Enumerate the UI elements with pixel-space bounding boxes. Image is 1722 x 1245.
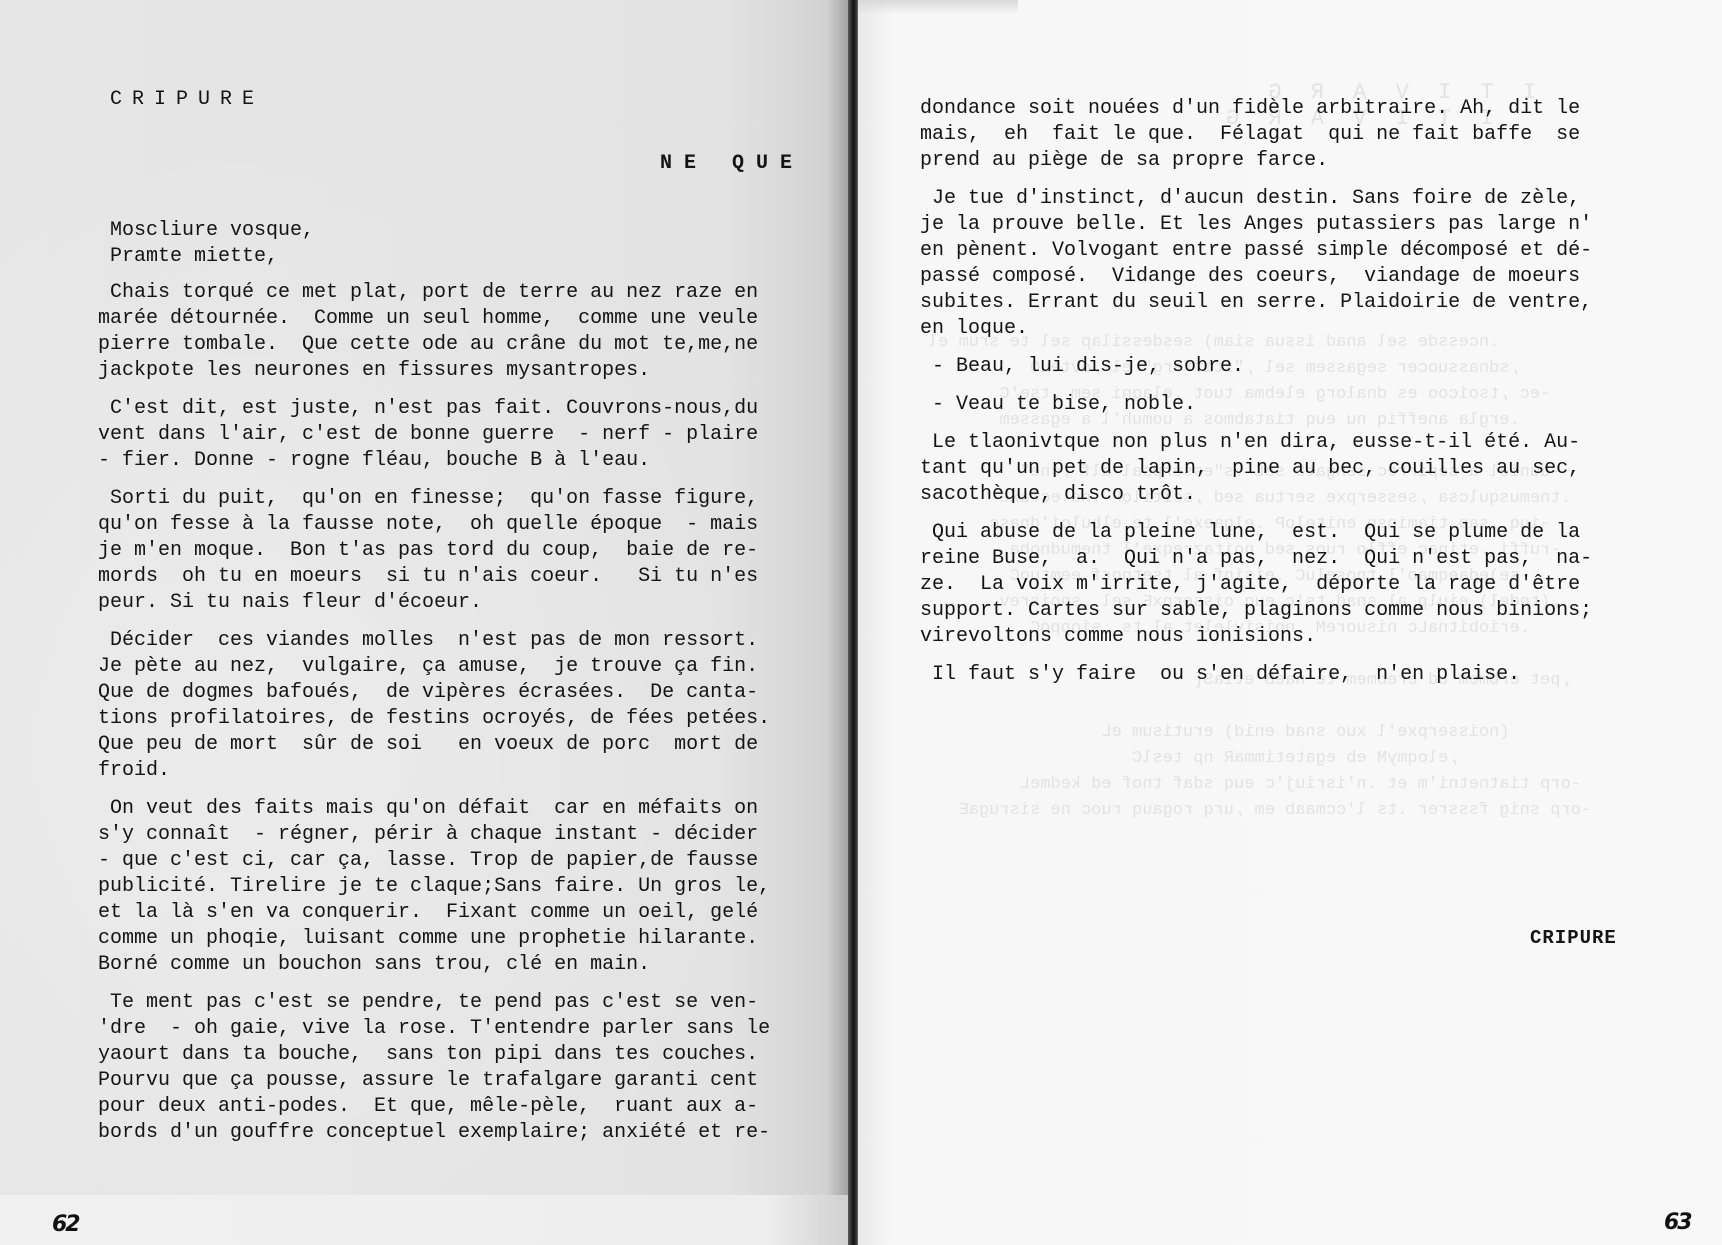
text-line: Que peu de mort sûr de soi en voeux de p… xyxy=(98,732,770,758)
left-page: CRIPURE NE QUE Moscliure vosque, Pramte … xyxy=(0,0,852,1245)
paragraph: - Beau, lui dis-je, sobre. xyxy=(920,354,1592,380)
author-signature: CRIPURE xyxy=(1530,927,1617,949)
text-line: Sorti du puit, qu'on en finesse; qu'on f… xyxy=(98,486,770,512)
text-line: peur. Si tu nais fleur d'écoeur. xyxy=(98,590,770,616)
paragraph: Il faut s'y faire ou s'en défaire, n'en … xyxy=(920,662,1592,688)
page-number-right: 63 xyxy=(1664,1210,1691,1235)
text-line: passé composé. Vidange des coeurs, viand… xyxy=(920,264,1592,290)
text-line: jackpote les neurones en fissures mysant… xyxy=(98,358,770,384)
paragraph: Sorti du puit, qu'on en finesse; qu'on f… xyxy=(98,486,770,616)
text-line: subites. Errant du seuil en serre. Plaid… xyxy=(920,290,1592,316)
text-line: mais, eh fait le que. Félagat qui ne fai… xyxy=(920,122,1592,148)
text-line: Le tlaonivtque non plus n'en dira, eusse… xyxy=(920,430,1592,456)
text-line: s'y connaît - régner, périr à chaque ins… xyxy=(98,822,770,848)
salutation-line: Pramte miette, xyxy=(110,244,314,270)
text-line: bords d'un gouffre conceptuel exemplaire… xyxy=(98,1120,770,1146)
text-line: marée détournée. Comme un seul homme, co… xyxy=(98,306,770,332)
text-line: mords oh tu en moeurs si tu n'ais coeur.… xyxy=(98,564,770,590)
text-line: vent dans l'air, c'est de bonne guerre -… xyxy=(98,422,770,448)
text-line: qu'on fesse à la fausse note, oh quelle … xyxy=(98,512,770,538)
right-page: I T I V A R G I T I V A R G .ncessde sel… xyxy=(858,0,1722,1245)
text-line: Je tue d'instinct, d'aucun destin. Sans … xyxy=(920,186,1592,212)
text-line: en pènent. Volvogant entre passé simple … xyxy=(920,238,1592,264)
paragraph: Je tue d'instinct, d'aucun destin. Sans … xyxy=(920,186,1592,342)
paragraph: Te ment pas c'est se pendre, te pend pas… xyxy=(98,990,770,1146)
salutation-line: Moscliure vosque, xyxy=(110,218,314,244)
text-line: Il faut s'y faire ou s'en défaire, n'en … xyxy=(920,662,1592,688)
page-number-left: 62 xyxy=(52,1212,79,1237)
paragraph: C'est dit, est juste, n'est pas fait. Co… xyxy=(98,396,770,474)
text-line: - que c'est ci, car ça, lasse. Trop de p… xyxy=(98,848,770,874)
paragraph: Décider ces viandes molles n'est pas de … xyxy=(98,628,770,784)
text-line: Décider ces viandes molles n'est pas de … xyxy=(98,628,770,654)
text-line: - Veau te bise, noble. xyxy=(920,392,1592,418)
text-line: comme un phoqie, luisant comme une proph… xyxy=(98,926,770,952)
text-line: - Beau, lui dis-je, sobre. xyxy=(920,354,1592,380)
right-body-text: dondance soit nouées d'un fidèle arbitra… xyxy=(920,96,1592,700)
paragraph: Qui abuse de la pleine lune, est. Qui se… xyxy=(920,520,1592,650)
text-line: yaourt dans ta bouche, sans ton pipi dan… xyxy=(98,1042,770,1068)
text-line: Chais torqué ce met plat, port de terre … xyxy=(98,280,770,306)
paragraph: Chais torqué ce met plat, port de terre … xyxy=(98,280,770,384)
text-line: sacothèque, disco trôt. xyxy=(920,482,1592,508)
text-line: Borné comme un bouchon sans trou, clé en… xyxy=(98,952,770,978)
text-line: Que de dogmes bafoués, de vipères écrasé… xyxy=(98,680,770,706)
text-line: je la prouve belle. Et les Anges putassi… xyxy=(920,212,1592,238)
text-line: tions profilatoires, de festins ocroyés,… xyxy=(98,706,770,732)
text-line: dondance soit nouées d'un fidèle arbitra… xyxy=(920,96,1592,122)
text-line: prend au piège de sa propre farce. xyxy=(920,148,1592,174)
paragraph: On veut des faits mais qu'on défait car … xyxy=(98,796,770,978)
text-line: reine Buse, a. Qui n'a pas, nez. Qui n'e… xyxy=(920,546,1592,572)
text-line: Pourvu que ça pousse, assure le trafalga… xyxy=(98,1068,770,1094)
text-line: C'est dit, est juste, n'est pas fait. Co… xyxy=(98,396,770,422)
text-line: publicité. Tirelire je te claque;Sans fa… xyxy=(98,874,770,900)
text-line: je m'en moque. Bon t'as pas tord du coup… xyxy=(98,538,770,564)
left-body-text: Chais torqué ce met plat, port de terre … xyxy=(98,280,770,1158)
text-line: Je pète au nez, vulgaire, ça amuse, je t… xyxy=(98,654,770,680)
paragraph: dondance soit nouées d'un fidèle arbitra… xyxy=(920,96,1592,174)
text-line: virevoltons comme nous ionisions. xyxy=(920,624,1592,650)
page-bottom-edge xyxy=(0,1195,852,1245)
text-line: 'dre - oh gaie, vive la rose. T'entendre… xyxy=(98,1016,770,1042)
salutation: Moscliure vosque, Pramte miette, xyxy=(110,218,314,270)
text-line: ze. La voix m'irrite, j'agite, déporte l… xyxy=(920,572,1592,598)
author-header: CRIPURE xyxy=(110,88,264,111)
text-line: froid. xyxy=(98,758,770,784)
poem-title: NE QUE xyxy=(660,152,804,175)
paragraph: Le tlaonivtque non plus n'en dira, eusse… xyxy=(920,430,1592,508)
text-line: pour deux anti-podes. Et que, mêle-pèle,… xyxy=(98,1094,770,1120)
text-line: On veut des faits mais qu'on défait car … xyxy=(98,796,770,822)
text-line: Te ment pas c'est se pendre, te pend pas… xyxy=(98,990,770,1016)
text-line: Qui abuse de la pleine lune, est. Qui se… xyxy=(920,520,1592,546)
text-line: pierre tombale. Que cette ode au crâne d… xyxy=(98,332,770,358)
text-line: support. Cartes sur sable, plaginons com… xyxy=(920,598,1592,624)
page-fold-shadow xyxy=(858,0,1018,14)
paragraph: - Veau te bise, noble. xyxy=(920,392,1592,418)
text-line: et la là s'en va conquerir. Fixant comme… xyxy=(98,900,770,926)
text-line: tant qu'un pet de lapin, pine au bec, co… xyxy=(920,456,1592,482)
text-line: en loque. xyxy=(920,316,1592,342)
text-line: - fier. Donne - rogne fléau, bouche B à … xyxy=(98,448,770,474)
